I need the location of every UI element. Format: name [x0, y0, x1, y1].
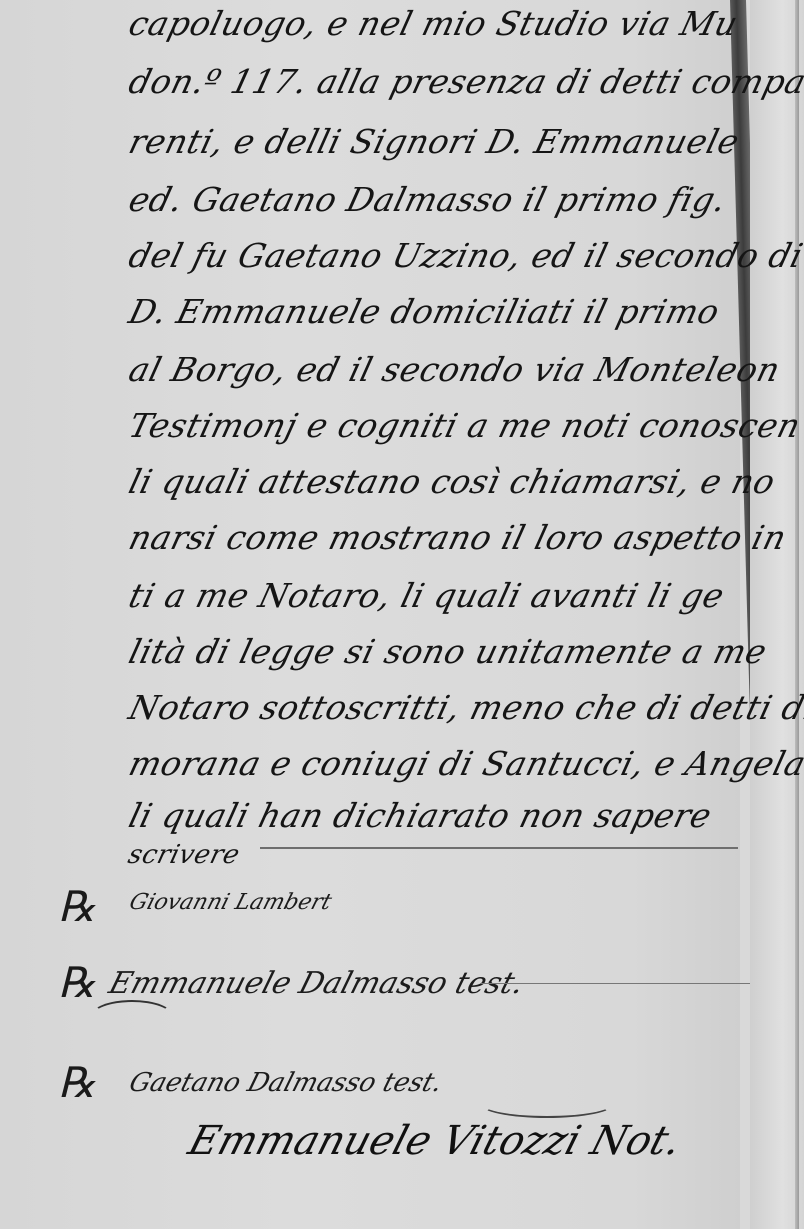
text-line: al Borgo, ed il secondo via Monteleon — [125, 350, 784, 389]
flourish — [90, 1000, 174, 1034]
text-line: del fu Gaetano Uzzino, ed il secondo di — [125, 236, 804, 275]
signature-giovanni-lambert: Giovanni Lambert — [126, 890, 334, 915]
text-line: scrivere — [125, 840, 243, 870]
text-line: ti a me Notaro, li quali avanti li ge — [125, 576, 728, 615]
text-line: li quali attestano così chiamarsi, e no — [125, 462, 779, 501]
notary-mark-icon: ℞ — [58, 882, 96, 931]
flourish — [480, 1090, 614, 1118]
text-line: don.º 117. alla presenza di detti compa — [125, 62, 804, 101]
text-line: Notaro sottoscritti, meno che di detti d… — [125, 688, 804, 727]
text-line: li quali han dichiarato non sapere — [125, 796, 716, 835]
text-line: lità di legge si sono unitamente a me — [125, 632, 771, 671]
text-line: narsi come mostrano il loro aspetto in — [125, 518, 791, 557]
text-line: ed. Gaetano Dalmasso il primo fig. — [125, 180, 730, 219]
text-line: renti, e delli Signori D. Emmanuele — [125, 122, 743, 161]
facing-page-fold — [795, 0, 799, 1229]
signature-gaetano-dalmasso: Gaetano Dalmasso test. — [126, 1068, 446, 1098]
text-line: capoluogo, e nel mio Studio via Mu — [125, 4, 742, 43]
closing-rule — [260, 847, 738, 849]
text-line: morana e coniugi di Santucci, e Angela — [125, 744, 804, 783]
notary-mark-icon: ℞ — [58, 1058, 96, 1107]
text-line: Testimonj e cogniti a me noti conoscen — [125, 406, 804, 445]
text-line: D. Emmanuele domiciliati il primo — [125, 292, 724, 331]
signature-underline — [480, 983, 750, 984]
notary-mark-icon: ℞ — [58, 958, 96, 1007]
signature-emmanuele-dalmasso: Emmanuele Dalmasso test. — [105, 966, 528, 1001]
signature-notary: Emmanuele Vitozzi Not. — [183, 1118, 686, 1164]
